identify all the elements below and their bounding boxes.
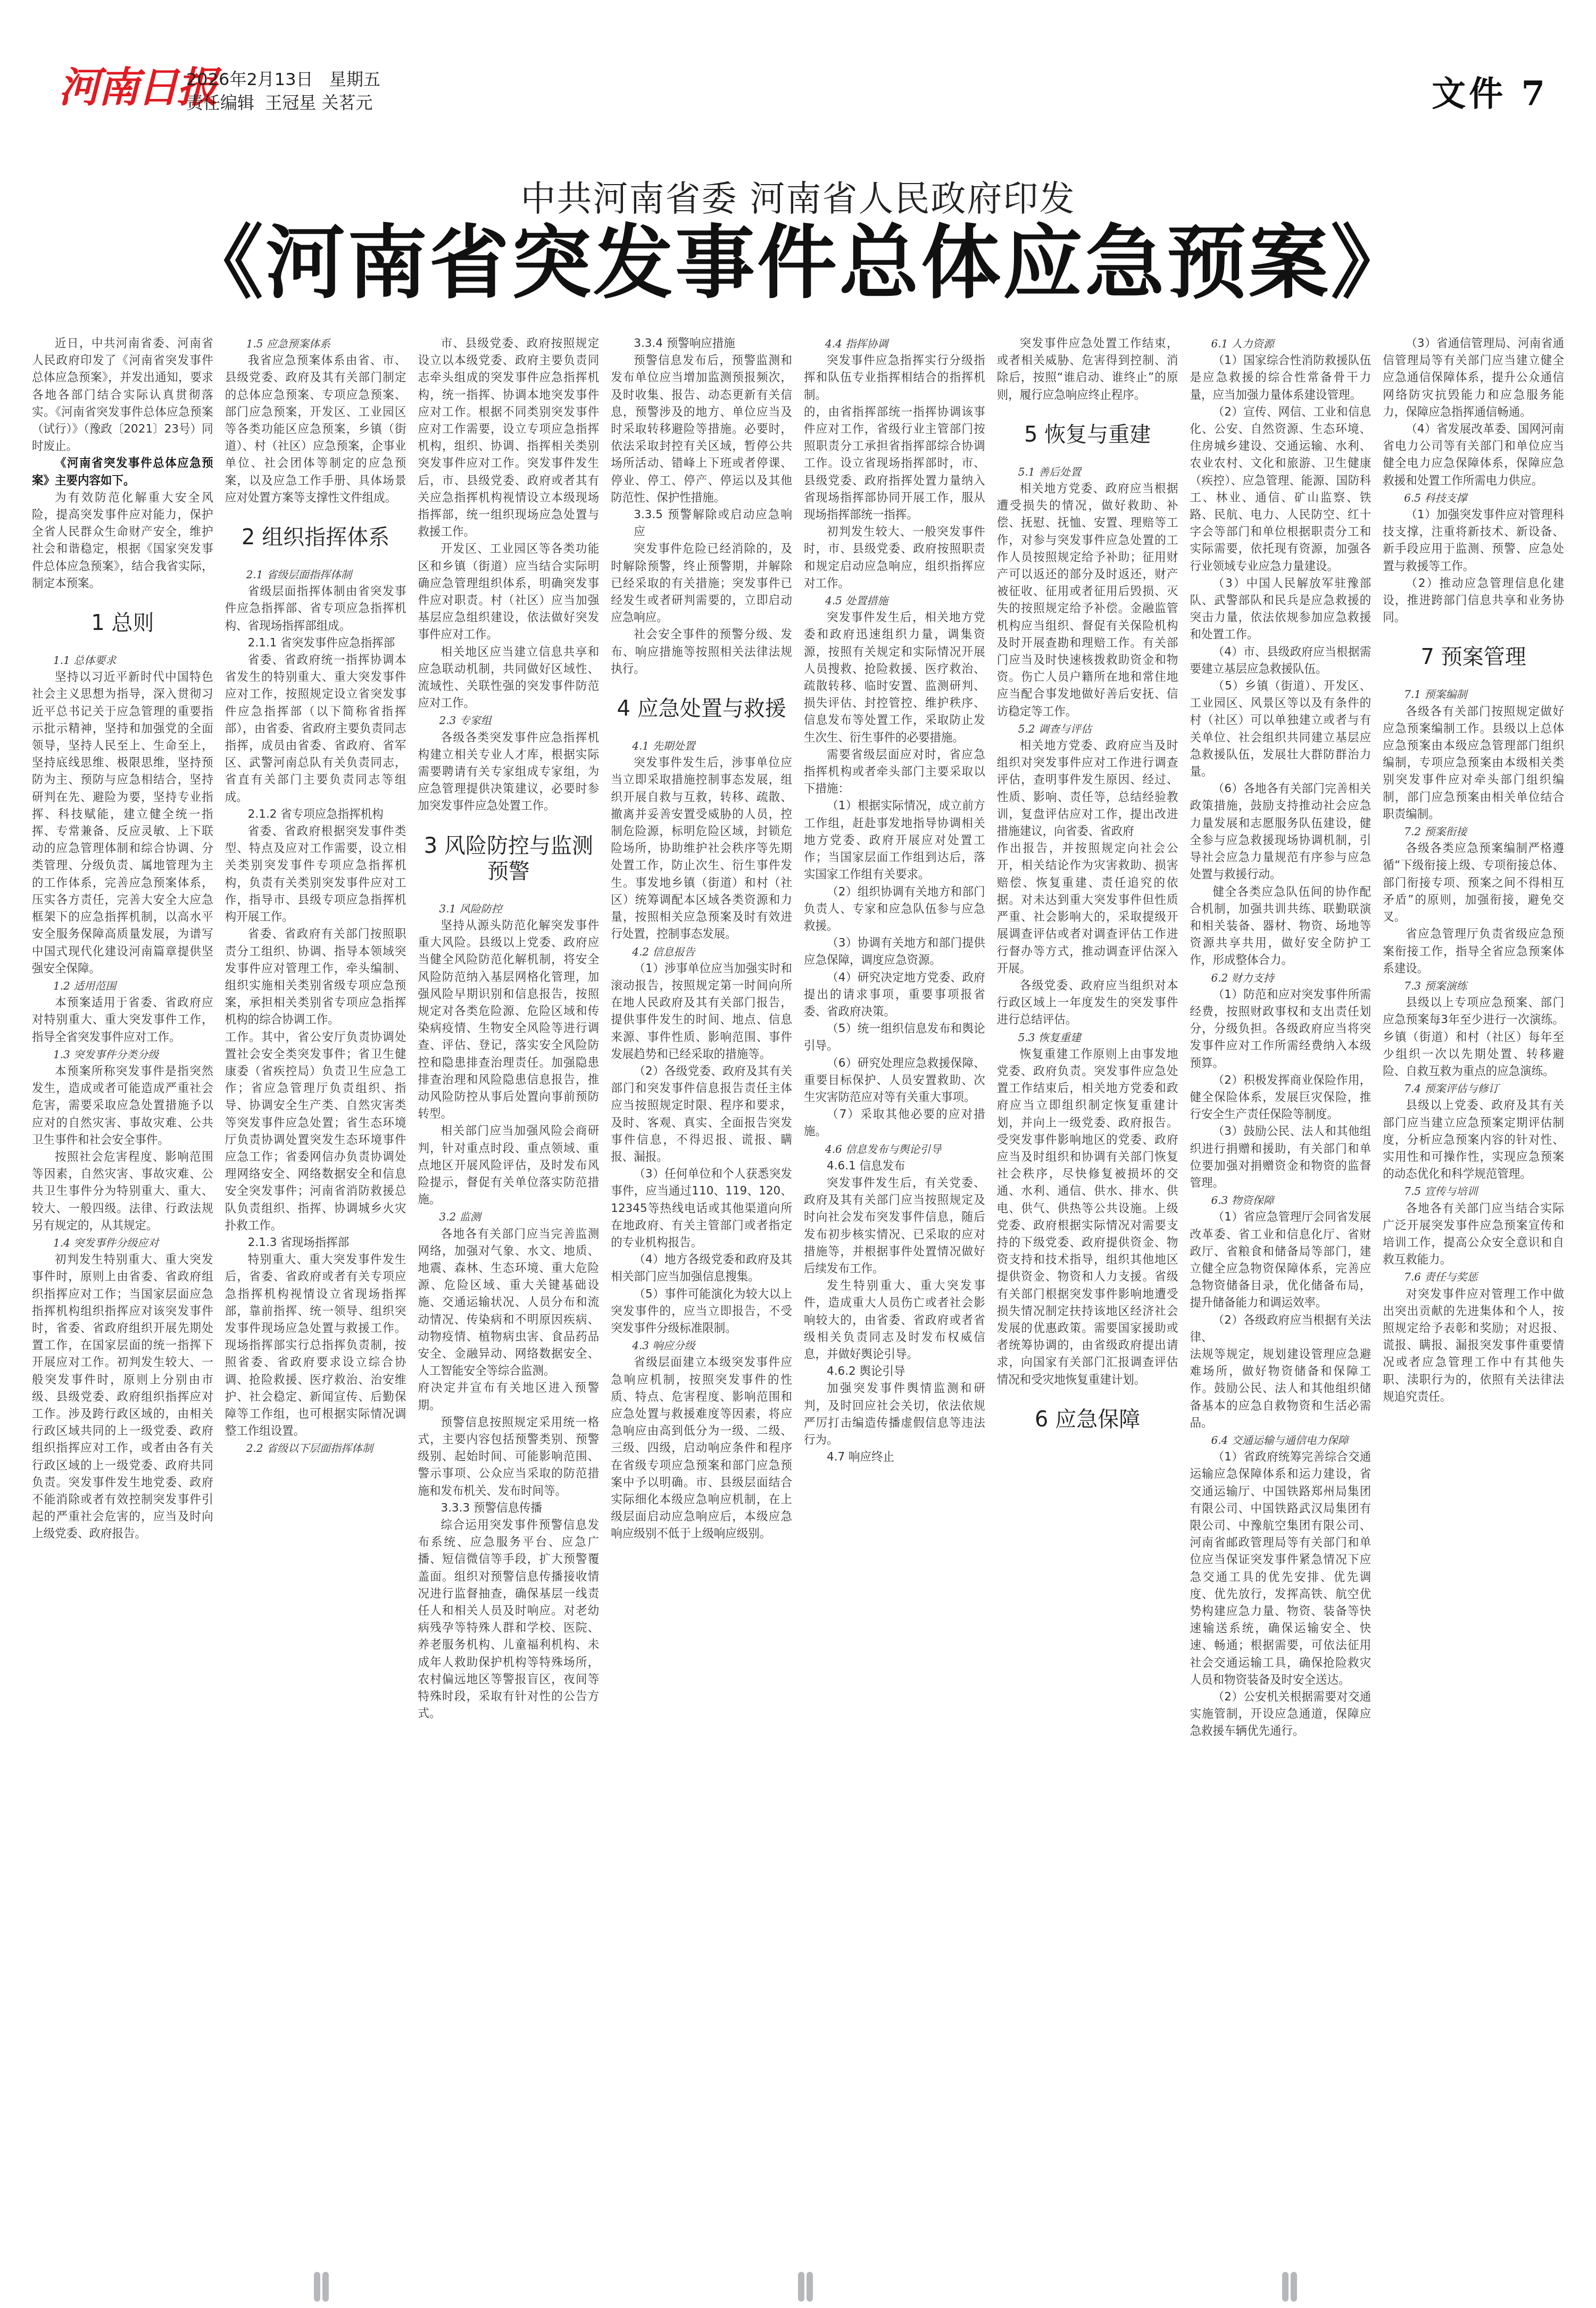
paragraph: （2）各级政府应当根据有关法律、 bbox=[1190, 1312, 1371, 1346]
subsection-heading: 6.3 物资保障 bbox=[1190, 1192, 1371, 1209]
editor-row: 责任编辑 王冠星 关茗元 bbox=[186, 91, 380, 114]
issue-weekday: 星期五 bbox=[329, 69, 380, 89]
paragraph: 本预案所称突发事件是指突然发生，造成或者可能造成严重社会危害，需要采取应急处置措… bbox=[32, 1063, 213, 1149]
paragraph: （1）根据实际情况，成立前方工作组，赶赴事发地指导协调相关地方党委、政府开展应对… bbox=[804, 798, 985, 883]
paragraph: 县级以上专项应急预案、部门应急预案每3年至少进行一次演练。乡镇（街道）和村（社区… bbox=[1383, 994, 1564, 1080]
subsection-heading: 4.1 先期处置 bbox=[611, 737, 792, 754]
paragraph: 突发事件发生后，相关地方党委和政府迅速组织力量，调集资源，按照有关规定和实际情况… bbox=[804, 609, 985, 746]
text-column-5: 4.4 指挥协调突发事件应急指挥实行分级指挥和队伍专业指挥相结合的指挥机制。的，… bbox=[804, 335, 985, 2229]
paragraph: （1）防范和应对突发事件所需经费，按照财政事权和支出责任划分，分级负担。各级政府… bbox=[1190, 986, 1371, 1072]
paragraph-continued: 府决定并宣布有关地区进入预警期。 bbox=[418, 1380, 600, 1414]
paragraph: 各级各类突发事件应急指挥机构建立相关专业人才库，根据实际需要聘请有关专家组成专家… bbox=[418, 729, 600, 815]
paragraph: （2）公安机关根据需要对交通实施管制，开设应急通道，保障应急救援车辆优先通行。 bbox=[1190, 1689, 1371, 1740]
page-title: 《河南省突发事件总体应急预案》 bbox=[0, 215, 1596, 311]
editor-names: 王冠星 关茗元 bbox=[265, 93, 372, 113]
paragraph: 按照社会危害程度、影响范围等因素，自然灾害、事故灾难、公共卫生事件分为特别重大、… bbox=[32, 1149, 213, 1234]
issue-date: 2026年2月13日 bbox=[186, 69, 313, 89]
paragraph: （4）研究决定地方党委、政府提出的请求事项，重要事项报省委、省政府决策。 bbox=[804, 969, 985, 1021]
paragraph: （3）任何单位和个人获悉突发事件，应当通过110、119、120、12345等热… bbox=[611, 1166, 792, 1251]
headline-subtitle: 中共河南省委 河南省人民政府印发 bbox=[0, 170, 1596, 221]
paragraph: 相关地方党委、政府应当根据遭受损失的情况，做好救助、补偿、抚慰、抚恤、安置、理赔… bbox=[997, 480, 1178, 720]
paragraph: （6）各地各有关部门完善相关政策措施，鼓励支持推动社会应急力量发展和志愿服务队伍… bbox=[1190, 781, 1371, 883]
paragraph: 本预案适用于省委、省政府应对特别重大、重大突发事件工作，指导全省突发事件应对工作… bbox=[32, 994, 213, 1046]
paragraph: 特别重大、重大突发事件发生后，省委、省政府或者有关专项应急指挥机构视情设立省现场… bbox=[225, 1251, 406, 1440]
paragraph: 省级层面指挥体制由省突发事件应急指挥部、省专项应急指挥机构、省现场指挥部组成。 bbox=[225, 583, 406, 635]
section-heading: 4 应急处置与救援 bbox=[611, 696, 792, 721]
paragraph: 坚持以习近平新时代中国特色社会主义思想为指导，深入贯彻习近平总书记关于应急管理的… bbox=[32, 669, 213, 977]
paragraph: 相关部门应当加强风险会商研判，针对重点时段、重点领域、重点地区开展风险评估，及时… bbox=[418, 1123, 600, 1208]
subsection-heading: 2.3 专家组 bbox=[418, 712, 600, 729]
paragraph: （3）协调有关地方和部门提供应急保障，调度应急资源。 bbox=[804, 935, 985, 969]
paragraph: （2）各级党委、政府及其有关部门和突发事件信息报告责任主体应当按照规定时限、程序… bbox=[611, 1063, 792, 1166]
subsection-heading: 5.2 调查与评估 bbox=[997, 720, 1178, 737]
registration-mark bbox=[1282, 2272, 1298, 2304]
subsection-heading: 7.6 责任与奖惩 bbox=[1383, 1268, 1564, 1285]
subsection-heading: 5.3 恢复重建 bbox=[997, 1029, 1178, 1046]
issue-date-row: 2026年2月13日 星期五 bbox=[186, 68, 380, 91]
subsection-heading: 1.2 适用范围 bbox=[32, 977, 213, 994]
paragraph: （3）鼓励公民、法人和其他组织进行捐赠和援助，有关部门和单位要加强对捐赠资金和物… bbox=[1190, 1123, 1371, 1192]
text-column-6: 突发事件应急处置工作结束，或者相关威胁、危害得到控制、消除后，按照“谁启动、谁终… bbox=[997, 335, 1178, 2229]
subsection-heading: 3.1 风险防控 bbox=[418, 900, 600, 917]
subsection-heading: 4.4 指挥协调 bbox=[804, 335, 985, 352]
paragraph: 加强突发事件舆情监测和研判，及时回应社会关切，依法依规严厉打击编造传播虚假信息等… bbox=[804, 1380, 985, 1449]
text-column-2: 1.5 应急预案体系我省应急预案体系由省、市、县级党委、政府及其有关部门制定的总… bbox=[225, 335, 406, 2229]
paragraph: 各地各有关部门应当完善监测网络，加强对气象、水文、地质、地震、森林、生态环境、重… bbox=[418, 1226, 600, 1380]
paragraph: 省级层面建立本级突发事件应急响应机制，按照突发事件的性质、特点、危害程度、影响范… bbox=[611, 1354, 792, 1542]
paragraph: 突发事件应急指挥实行分级指挥和队伍专业指挥相结合的指挥机制。 bbox=[804, 352, 985, 404]
subsection-heading: 7.1 预案编制 bbox=[1383, 686, 1564, 703]
paragraph: 初判发生较大、一般突发事件时，市、县级党委、政府按照职责和规定启动应急响应，组织… bbox=[804, 524, 985, 592]
paragraph: （2）组织协调有关地方和部门负责人、专家和应急队伍参与应急救援。 bbox=[804, 884, 985, 935]
subsection-heading: 2.1 省级层面指挥体制 bbox=[225, 566, 406, 583]
sub-subsection-heading: 3.3.5 预警解除或启动应急响应 bbox=[611, 507, 792, 541]
paragraph-continued: 作出报告，并按照规定向社会公开，相关结论作为灾害救助、损害赔偿、恢复重建、责任追… bbox=[997, 840, 1178, 977]
paragraph: （2）宣传、网信、工业和信息化、公安、自然资源、生态环境、住房城乡建设、交通运输… bbox=[1190, 404, 1371, 575]
paragraph: （3）省通信管理局、河南省通信管理局等有关部门应当建立健全应急通信保障体系，提升… bbox=[1383, 335, 1564, 421]
paragraph-continued: 工作。其中，省公安厅负责协调处置社会安全类突发事件；省卫生健康委（省疾控局）负责… bbox=[225, 1029, 406, 1234]
page-section-label: 文件 7 bbox=[1432, 67, 1548, 115]
paragraph: 近日，中共河南省委、河南省人民政府印发了《河南省突发事件总体应急预案》，并发出通… bbox=[32, 335, 213, 455]
paragraph: （6）研究处理应急救援保障、重要目标保护、人员安置救助、次生灾害防范应对等有关重… bbox=[804, 1055, 985, 1107]
registration-mark bbox=[798, 2272, 814, 2304]
section-heading: 2 组织指挥体系 bbox=[225, 525, 406, 550]
paragraph: 对突发事件应对管理工作中做出突出贡献的先进集体和个人，按照规定给予表彰和奖励；对… bbox=[1383, 1286, 1564, 1406]
subsection-heading: 1.3 突发事件分类分级 bbox=[32, 1046, 213, 1063]
registration-mark bbox=[314, 2272, 330, 2304]
editor-label: 责任编辑 bbox=[186, 93, 254, 113]
sub-subsection-heading: 4.6.1 信息发布 bbox=[804, 1158, 985, 1175]
paragraph-continued: 的，由省指挥部统一指挥协调该事件应对工作，省级行业主管部门按照职责分工承担省指挥… bbox=[804, 404, 985, 524]
paragraph: （5）事件可能演化为较大以上突发事件的，应当立即报告，不受突发事件分级标准限制。 bbox=[611, 1286, 792, 1338]
subsection-heading: 5.1 善后处置 bbox=[997, 463, 1178, 480]
text-column-3: 市、县级党委、政府按照规定设立以本级党委、政府主要负责同志牵头组成的突发事件应急… bbox=[418, 335, 600, 2229]
paragraph: 省委、省政府有关部门按照职责分工组织、协调、指导本领域突发事件应对管理工作，牵头… bbox=[225, 926, 406, 1028]
paragraph: 健全各类应急队伍间的协作配合机制，加强共训共练、联勤联演和相关装备、器材、物资、… bbox=[1190, 884, 1371, 969]
paragraph: 恢复重建工作原则上由事发地党委、政府负责。突发事件应急处置工作结束后，相关地方党… bbox=[997, 1046, 1178, 1389]
paragraph: 为有效防范化解重大安全风险，提高突发事件应对能力，保护全省人民群众生命财产安全，… bbox=[32, 489, 213, 592]
subsection-heading: 7.4 预案评估与修订 bbox=[1383, 1080, 1564, 1097]
sub-subsection-heading: 3.3.4 预警响应措施 bbox=[611, 335, 792, 352]
paragraph: 预警信息发布后，预警监测和发布单位应当增加监测预报频次，及时收集、报告、动态更新… bbox=[611, 352, 792, 507]
section-heading: 1 总则 bbox=[32, 610, 213, 636]
paragraph: 各级党委、政府应当组织对本行政区域上一年度发生的突发事件进行总结评估。 bbox=[997, 977, 1178, 1029]
subsection-heading: 6.1 人力资源 bbox=[1190, 335, 1371, 352]
paragraph: 开发区、工业园区等各类功能区和乡镇（街道）应当结合实际明确应急管理组织体系，明确… bbox=[418, 541, 600, 643]
section-heading: 5 恢复与重建 bbox=[997, 422, 1178, 447]
paragraph: 发生特别重大、重大突发事件，造成重大人员伤亡或者社会影响较大的，由省委、省政府或… bbox=[804, 1277, 985, 1363]
paragraph: （5）乡镇（街道）、开发区、工业园区、风景区等以及有条件的村（社区）可以单独建立… bbox=[1190, 678, 1371, 781]
masthead: 河南日报 2026年2月13日 星期五 责任编辑 王冠星 关茗元 bbox=[59, 61, 1548, 120]
paragraph: （2）推动应急管理信息化建设，推进跨部门信息共享和业务协同。 bbox=[1383, 575, 1564, 627]
subsection-heading: 1.4 突发事件分级应对 bbox=[32, 1234, 213, 1251]
paragraph: 省委、省政府根据突发事件类型、特点及应对工作需要，设立相关类别突发事件专项应急指… bbox=[225, 823, 406, 926]
sub-subsection-heading: 2.1.2 省专项应急指挥机构 bbox=[225, 806, 406, 823]
lead-paragraph: 《河南省突发事件总体应急预案》主要内容如下。 bbox=[32, 455, 213, 489]
paragraph: 突发事件应急处置工作结束，或者相关威胁、危害得到控制、消除后，按照“谁启动、谁终… bbox=[997, 335, 1178, 404]
paragraph: （1）省政府统筹完善综合交通运输应急保障体系和运力建设，省交通运输厅、中国铁路郑… bbox=[1190, 1449, 1371, 1689]
paragraph: （4）省发展改革委、国网河南省电力公司等有关部门和单位应当健全电力应急保障体系，… bbox=[1383, 421, 1564, 489]
text-column-1: 近日，中共河南省委、河南省人民政府印发了《河南省突发事件总体应急预案》，并发出通… bbox=[32, 335, 213, 2229]
subsection-heading: 1.1 总体要求 bbox=[32, 652, 213, 669]
sub-subsection-heading: 4.6.2 舆论引导 bbox=[804, 1363, 985, 1380]
paragraph: （2）积极发挥商业保险作用，健全保险体系，发展巨灾保险，推行安全生产责任保险等制… bbox=[1190, 1072, 1371, 1124]
section-heading: 3 风险防控与监测预警 bbox=[418, 833, 600, 884]
paragraph: 社会安全事件的预警分级、发布、响应措施等按照相关法律法规执行。 bbox=[611, 626, 792, 678]
paragraph: 突发事件发生后，有关党委、政府及其有关部门应当按照规定及时向社会发布突发事件信息… bbox=[804, 1175, 985, 1277]
paragraph: 我省应急预案体系由省、市、县级党委、政府及其有关部门制定的总体应急预案、专项应急… bbox=[225, 352, 406, 507]
paragraph: 突发事件发生后，涉事单位应当立即采取措施控制事态发展，组织开展自救与互救，转移、… bbox=[611, 754, 792, 943]
paragraph: 需要省级层面应对时，省应急指挥机构或者牵头部门主要采取以下措施： bbox=[804, 746, 985, 798]
sub-subsection-heading: 2.1.1 省突发事件应急指挥部 bbox=[225, 635, 406, 652]
paragraph: （7）采取其他必要的应对措施。 bbox=[804, 1106, 985, 1140]
subsection-heading: 7.3 预案演练 bbox=[1383, 977, 1564, 994]
paragraph: 省应急管理厅负责省级应急预案衔接工作，指导全省应急预案体系建设。 bbox=[1383, 926, 1564, 977]
sub-subsection-heading: 3.3.3 预警信息传播 bbox=[418, 1500, 600, 1517]
paragraph: （1）涉事单位应当加强实时和滚动报告，按照规定第一时间向所在地人民政府及其有关部… bbox=[611, 960, 792, 1063]
section-heading: 6 应急保障 bbox=[997, 1407, 1178, 1432]
subsection-heading: 4.3 响应分级 bbox=[611, 1337, 792, 1354]
subsection-heading: 7.2 预案衔接 bbox=[1383, 823, 1564, 840]
paragraph: 初判发生特别重大、重大突发事件时，原则上由省委、省政府组织指挥应对工作；当国家层… bbox=[32, 1251, 213, 1542]
paragraph: 坚持从源头防范化解突发事件重大风险。县级以上党委、政府应当健全风险防范化解机制，… bbox=[418, 917, 600, 1123]
text-column-7: 6.1 人力资源（1）国家综合性消防救援队伍是应急救援的综合性常备骨干力量，应当… bbox=[1190, 335, 1371, 2229]
subsection-heading: 4.6 信息发布与舆论引导 bbox=[804, 1141, 985, 1158]
paragraph: （1）省应急管理厅会同省发展改革委、省工业和信息化厅、省财政厅、省粮食和储备局等… bbox=[1190, 1209, 1371, 1311]
paragraph: （1）国家综合性消防救援队伍是应急救援的综合性常备骨干力量，应当加强力量体系建设… bbox=[1190, 352, 1371, 404]
sub-subsection-heading: 4.7 响应终止 bbox=[804, 1449, 985, 1466]
subsection-heading: 1.5 应急预案体系 bbox=[225, 335, 406, 352]
text-column-8: （3）省通信管理局、河南省通信管理局等有关部门应当建立健全应急通信保障体系，提升… bbox=[1383, 335, 1564, 2229]
paragraph: 市、县级党委、政府按照规定设立以本级党委、政府主要负责同志牵头组成的突发事件应急… bbox=[418, 335, 600, 541]
subsection-heading: 7.5 宣传与培训 bbox=[1383, 1183, 1564, 1200]
subsection-heading: 4.2 信息报告 bbox=[611, 943, 792, 960]
subsection-heading: 3.2 监测 bbox=[418, 1208, 600, 1225]
paragraph: 各级各有关部门按照规定做好应急预案编制工作。县级以上总体应急预案由本级应急管理部… bbox=[1383, 703, 1564, 823]
paragraph: （3）中国人民解放军驻豫部队、武警部队和民兵是应急救援的突击力量，依法依规参加应… bbox=[1190, 575, 1371, 644]
subsection-heading: 4.5 处置措施 bbox=[804, 592, 985, 609]
subsection-heading: 6.4 交通运输与通信电力保障 bbox=[1190, 1432, 1371, 1449]
paragraph: 综合运用突发事件预警信息发布系统、应急服务平台、应急广播、短信微信等手段，扩大预… bbox=[418, 1517, 600, 1722]
sub-subsection-heading: 2.1.3 省现场指挥部 bbox=[225, 1234, 406, 1251]
article-columns: 近日，中共河南省委、河南省人民政府印发了《河南省突发事件总体应急预案》，并发出通… bbox=[32, 335, 1564, 2229]
paragraph-continued: 法规等规定，规划建设管理应急避难场所，做好物资储备和保障工作。鼓励公民、法人和其… bbox=[1190, 1346, 1371, 1432]
issue-meta: 2026年2月13日 星期五 责任编辑 王冠星 关茗元 bbox=[186, 68, 380, 114]
section-heading: 7 预案管理 bbox=[1383, 644, 1564, 670]
paragraph: （5）统一组织信息发布和舆论引导。 bbox=[804, 1020, 985, 1055]
paragraph: 省委、省政府统一指挥协调本省发生的特别重大、重大突发事件应对工作，按照规定设立省… bbox=[225, 652, 406, 806]
paragraph: （1）加强突发事件应对管理科技支撑，注重将新技术、新设备、新手段应用于监测、预警… bbox=[1383, 507, 1564, 575]
paragraph: 各级各类应急预案编制严格遵循“下级衔接上级、专项衔接总体、部门衔接专项、预案之间… bbox=[1383, 840, 1564, 926]
paragraph: 县级以上党委、政府及其有关部门应当建立应急预案定期评估制度，分析应急预案内容的针… bbox=[1383, 1097, 1564, 1183]
subsection-heading: 6.5 科技支撑 bbox=[1383, 489, 1564, 507]
subsection-heading: 2.2 省级以下层面指挥体制 bbox=[225, 1440, 406, 1457]
subsection-heading: 6.2 财力支持 bbox=[1190, 969, 1371, 986]
paragraph: 突发事件危险已经消除的，及时解除预警，终止预警期，并解除已经采取的有关措施；突发… bbox=[611, 541, 792, 626]
paragraph: （4）地方各级党委和政府及其相关部门应当加强信息搜集。 bbox=[611, 1251, 792, 1285]
text-column-4: 3.3.4 预警响应措施预警信息发布后，预警监测和发布单位应当增加监测预报频次，… bbox=[611, 335, 792, 2229]
paragraph: 各地各有关部门应当结合实际广泛开展突发事件应急预案宣传和培训工作，提高公众安全意… bbox=[1383, 1200, 1564, 1269]
paragraph: 预警信息按照规定采用统一格式，主要内容包括预警类别、预警级别、起始时间、可能影响… bbox=[418, 1414, 600, 1500]
paragraph: （4）市、县级政府应当根据需要建立基层应急救援队伍。 bbox=[1190, 644, 1371, 678]
paragraph: 相关地方党委、政府应当及时组织对突发事件应对工作进行调查评估，查明事件发生原因、… bbox=[997, 737, 1178, 840]
paragraph: 相关地区应当建立信息共享和应急联动机制，共同做好区域性、流域性、关联性强的突发事… bbox=[418, 644, 600, 712]
